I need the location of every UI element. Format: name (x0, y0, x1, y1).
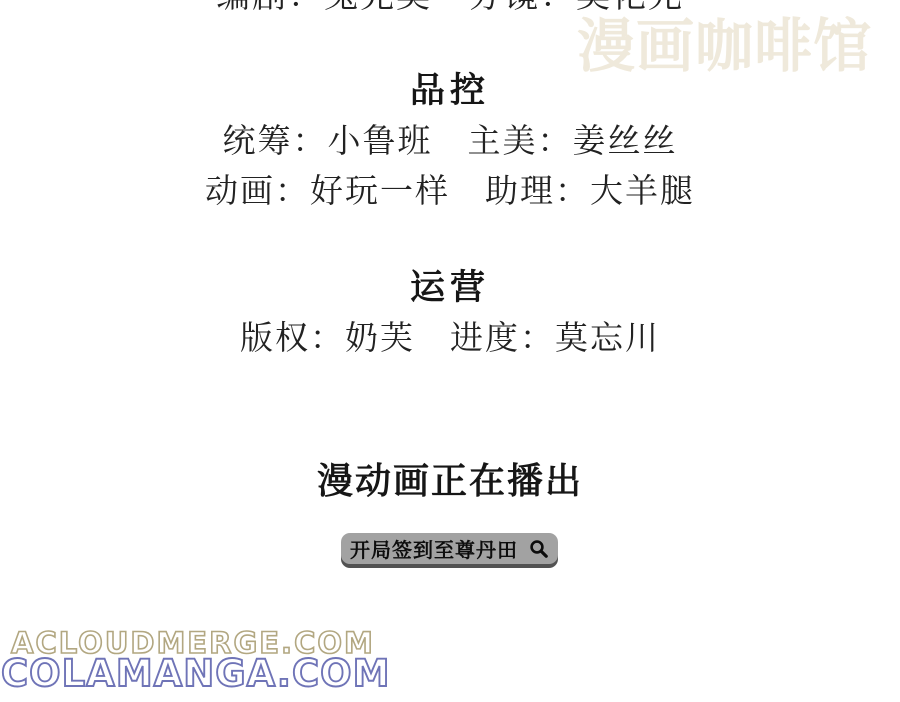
search-icon (529, 539, 549, 559)
credit-line-coordinator-leadartist: 统筹：小鲁班 主美：姜丝丝 (0, 123, 900, 159)
search-button-label: 开局签到至尊丹田 (350, 534, 518, 563)
credit-line-copyright-progress: 版权：奶芙 进度：莫忘川 (0, 320, 900, 356)
search-button[interactable]: 开局签到至尊丹田 (341, 533, 558, 564)
watermark-colamanga: COLAMANGA.COM (1, 653, 390, 695)
section-heading-operations: 运营 (0, 270, 900, 306)
manga-credits-page: 编剧：兔完美 分镜：美化光 漫画咖啡馆 品控 统筹：小鲁班 主美：姜丝丝 动画：… (0, 0, 900, 702)
credit-line-animation-assistant: 动画：好玩一样 助理：大羊腿 (0, 173, 900, 209)
site-watermark-top: 漫画咖啡馆 (577, 14, 872, 78)
section-heading-quality-control: 品控 (0, 73, 900, 109)
broadcast-heading: 漫动画正在播出 (0, 464, 900, 500)
